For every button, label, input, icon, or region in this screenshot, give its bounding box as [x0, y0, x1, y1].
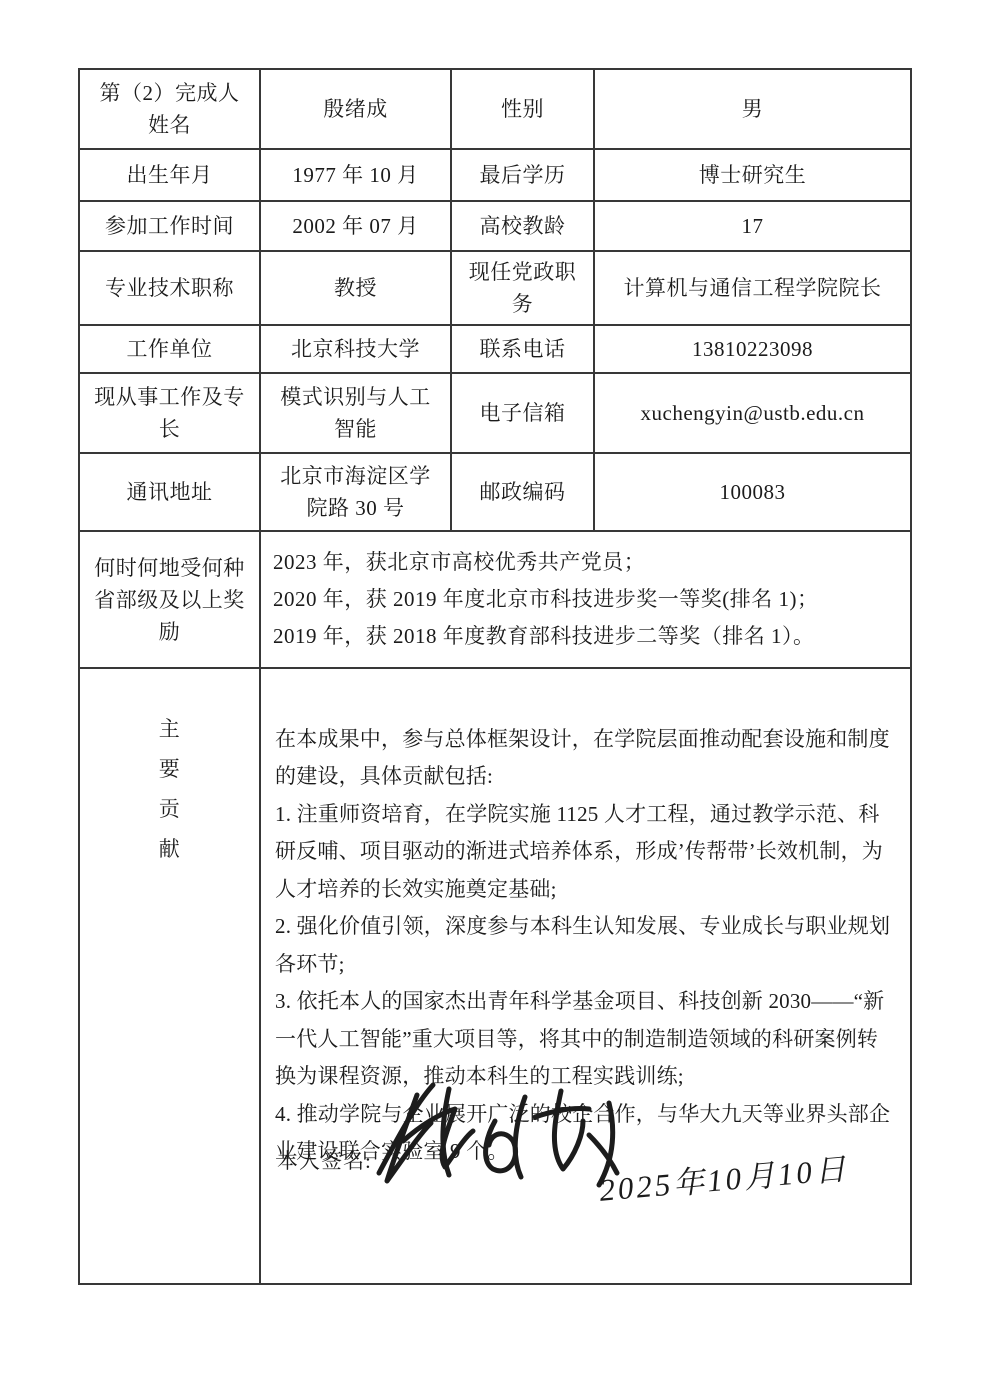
field-label-email: 电子信箱 [451, 373, 594, 453]
table-row: 工作单位 北京科技大学 联系电话 13810223098 [79, 325, 911, 373]
field-value-gender: 男 [594, 69, 911, 149]
field-label-final-degree: 最后学历 [451, 149, 594, 201]
field-label-gender: 性别 [451, 69, 594, 149]
field-value-teaching-years: 17 [594, 201, 911, 251]
completer-info-table: 第（2）完成人 姓名 殷绪成 性别 男 出生年月 1977 年 10 月 最后学… [78, 68, 912, 1285]
table-row: 通讯地址 北京市海淀区学 院路 30 号 邮政编码 100083 [79, 453, 911, 531]
field-label-completer-name: 第（2）完成人 姓名 [79, 69, 260, 149]
field-label-birth-date: 出生年月 [79, 149, 260, 201]
field-label-current-position: 现任党政职 务 [451, 251, 594, 325]
field-value-completer-name: 殷绪成 [260, 69, 451, 149]
field-value-birth-date: 1977 年 10 月 [260, 149, 451, 201]
field-label-postal-code: 邮政编码 [451, 453, 594, 531]
field-value-phone: 13810223098 [594, 325, 911, 373]
field-label-specialty: 现从事工作及专 长 [79, 373, 260, 453]
field-value-work-start: 2002 年 07 月 [260, 201, 451, 251]
table-row: 主 要 贡 献 在本成果中，参与总体框架设计，在学院层面推动配套设施和制度的建设… [79, 668, 911, 1284]
field-label-professional-title: 专业技术职称 [79, 251, 260, 325]
field-value-specialty: 模式识别与人工 智能 [260, 373, 451, 453]
scanned-form-page: 第（2）完成人 姓名 殷绪成 性别 男 出生年月 1977 年 10 月 最后学… [0, 0, 992, 1386]
field-label-work-unit: 工作单位 [79, 325, 260, 373]
field-value-main-contribution: 在本成果中，参与总体框架设计，在学院层面推动配套设施和制度的建设，具体贡献包括:… [260, 668, 911, 1284]
field-value-email: xuchengyin@ustb.edu.cn [594, 373, 911, 453]
field-label-teaching-years: 高校教龄 [451, 201, 594, 251]
field-value-awards: 2023 年，获北京市高校优秀共产党员； 2020 年，获 2019 年度北京市… [260, 531, 911, 668]
field-label-main-contribution: 主 要 贡 献 [79, 668, 260, 1284]
field-label-phone: 联系电话 [451, 325, 594, 373]
field-label-awards: 何时何地受何种 省部级及以上奖 励 [79, 531, 260, 668]
field-value-work-unit: 北京科技大学 [260, 325, 451, 373]
field-value-professional-title: 教授 [260, 251, 451, 325]
table-row: 参加工作时间 2002 年 07 月 高校教龄 17 [79, 201, 911, 251]
field-label-mailing-address: 通讯地址 [79, 453, 260, 531]
table-row: 现从事工作及专 长 模式识别与人工 智能 电子信箱 xuchengyin@ust… [79, 373, 911, 453]
table-row: 出生年月 1977 年 10 月 最后学历 博士研究生 [79, 149, 911, 201]
field-label-work-start: 参加工作时间 [79, 201, 260, 251]
table-row: 何时何地受何种 省部级及以上奖 励 2023 年，获北京市高校优秀共产党员； 2… [79, 531, 911, 668]
table-row: 专业技术职称 教授 现任党政职 务 计算机与通信工程学院院长 [79, 251, 911, 325]
field-value-postal-code: 100083 [594, 453, 911, 531]
field-value-current-position: 计算机与通信工程学院院长 [594, 251, 911, 325]
field-value-final-degree: 博士研究生 [594, 149, 911, 201]
field-value-mailing-address: 北京市海淀区学 院路 30 号 [260, 453, 451, 531]
table-row: 第（2）完成人 姓名 殷绪成 性别 男 [79, 69, 911, 149]
